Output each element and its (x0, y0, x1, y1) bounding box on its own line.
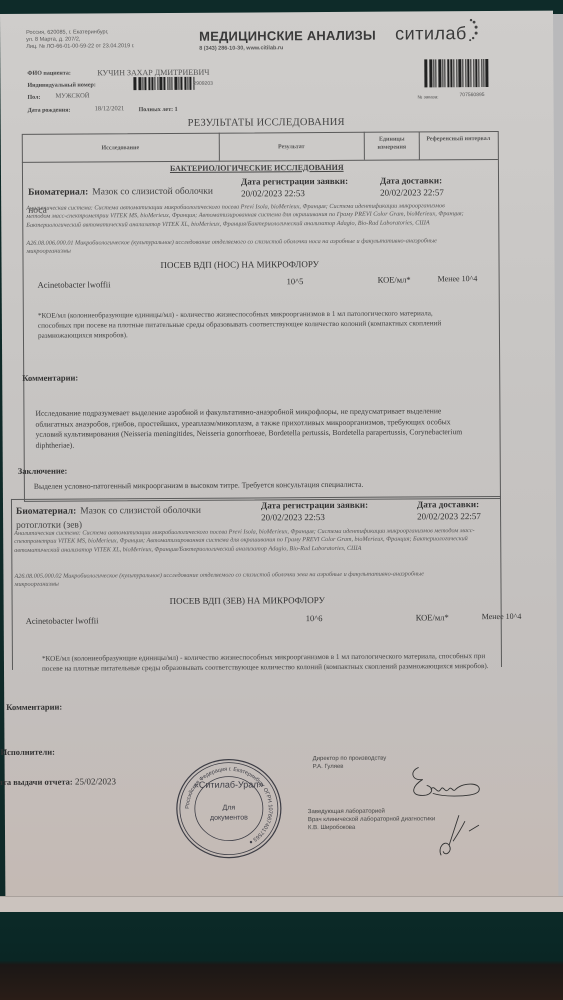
head-position: Врач клинической лабораторной диагностик… (308, 815, 435, 824)
results-title: РЕЗУЛЬТАТЫ ИССЛЕДОВАНИЯ (188, 117, 345, 129)
registration-date: 20/02/2023 22:53 (261, 512, 325, 522)
svg-text:Для: Для (223, 805, 236, 812)
test-title-throat: ПОСЕВ ВДП (ЗЕВ) НА МИКРОФЛОРУ (170, 595, 325, 606)
cfu-footnote: *КОЕ/мл (колониеобразующие единицы/мл) -… (42, 651, 492, 674)
head-signature-icon (435, 811, 485, 861)
col-divider (364, 132, 365, 160)
issue-date-label: Дата выдачи отчета: (0, 777, 73, 787)
comments-label: Комментарии: (22, 373, 78, 383)
comments-text: Исследование подразумевает выделение аэр… (35, 406, 475, 451)
organism-name: Acinetobacter lwoffii (26, 615, 99, 625)
issue-date: Дата выдачи отчета: 25/02/2023 (0, 776, 116, 787)
result-value: 10^6 (306, 613, 323, 623)
delivery-date-label: Дата доставки: (417, 499, 479, 509)
conclusion-text: Выделен условно-патогенный микроорганизм… (34, 480, 364, 493)
patient-name-label: ФИО пациента: (27, 71, 71, 77)
delivery-date: 20/02/2023 22:57 (380, 187, 444, 197)
organism-name: Acinetobacter lwoffii (38, 279, 111, 289)
head-signature-block: Заведующая лабораторией Врач клинической… (308, 807, 435, 832)
lab-contacts: 8 (343) 286-10-30, www.citilab.ru (199, 45, 283, 53)
col-header-units: Единицы измерения (370, 135, 414, 151)
col-header-result: Результат (219, 143, 364, 152)
biomaterial-label: Биоматериал: (28, 187, 88, 197)
category-title: БАКТЕРИОЛОГИЧЕСКИЕ ИССЛЕДОВАНИЯ (170, 163, 344, 173)
registration-date-label: Дата регистрации заявки: (241, 176, 348, 187)
comments-label: Комментарии: (6, 702, 62, 712)
sex-label: Пол: (27, 95, 40, 101)
brand-name: ситилаб (395, 23, 467, 43)
age-label: Полных лет: 1 (139, 107, 178, 113)
patient-id-barcode (133, 77, 195, 90)
director-signature-block: Директор по производству Р.А. Гуляев (313, 755, 387, 771)
patient-id-label: Индивидуальный номер: (27, 82, 95, 88)
result-units: КОЕ/мл* (378, 274, 411, 284)
patient-age: 1 (175, 107, 178, 113)
director-title: Директор по производству (313, 755, 387, 763)
lab-stamp-icon: Российская Федерация г. Екатеринбург ОГР… (175, 757, 284, 860)
biomaterial-label: Биоматериал: (16, 507, 76, 517)
result-value: 10^5 (287, 276, 304, 286)
brand-logo: ситилаб (395, 23, 467, 44)
director-signature-icon (405, 763, 485, 803)
col-divider (419, 131, 420, 159)
col-header-reference: Референсный интервал (421, 135, 496, 143)
analytical-system-note: Аналитическая система: Система автоматиз… (26, 202, 466, 230)
patient-sex: МУЖСКОЙ (55, 92, 89, 99)
performers-label: Исполнители: (0, 747, 54, 757)
analytical-system-note: Аналитическая система: Система автоматиз… (14, 527, 484, 555)
service-code-note: A26.08.005.000.02 Микробиологическое (ку… (14, 570, 464, 590)
registration-date: 20/02/2023 22:53 (241, 188, 305, 198)
patient-id-number: 2909203 (193, 81, 213, 88)
issue-date-value: 25/02/2023 (75, 776, 116, 786)
delivery-date: 20/02/2023 22:57 (417, 511, 481, 521)
document-title: МЕДИЦИНСКИЕ АНАЛИЗЫ (199, 28, 376, 44)
svg-text:документов: документов (210, 814, 248, 821)
lab-address: Россия, 620085, г. Екатеринбург, ул. 8 М… (26, 29, 135, 51)
order-number: 707560895 (459, 92, 484, 99)
registration-date-label: Дата регистрации заявки: (261, 500, 368, 511)
age-label-text: Полных лет: (139, 107, 174, 113)
order-number-label: № заказа: (417, 93, 438, 100)
reference-interval: Менее 10^4 (482, 612, 522, 621)
patient-dob: 18/12/2021 (95, 105, 125, 112)
license-line: Лиц. № ЛО-66-01-00-59-22 от 23.04.2019 г… (26, 43, 134, 51)
biomaterial-2: Биоматериал: Мазок со слизистой оболочки… (16, 503, 226, 532)
test-title-nose: ПОСЕВ ВДП (НОС) НА МИКРОФЛОРУ (161, 259, 319, 270)
background-bottom (0, 912, 563, 1000)
delivery-date-label: Дата доставки: (380, 175, 442, 185)
director-name: Р.А. Гуляев (313, 763, 387, 771)
conclusion-label: Заключение: (18, 466, 68, 476)
order-barcode (424, 59, 490, 87)
logo-dots-icon (467, 17, 479, 43)
col-header-study: Исследование (22, 144, 219, 153)
svg-text:«Ситилаб-Урал»: «Ситилаб-Урал» (194, 779, 264, 789)
cfu-footnote: *КОЕ/мл (колониеобразующие единицы/мл) -… (38, 308, 468, 341)
result-units: КОЕ/мл* (416, 612, 449, 622)
reference-interval: Менее 10^4 (438, 274, 478, 283)
paper-bottom-edge (0, 896, 563, 913)
service-code-note: A26.08.006.000.01 Микробиологическое (ку… (26, 237, 446, 256)
lab-report-page: Россия, 620085, г. Екатеринбург, ул. 8 М… (0, 11, 558, 914)
dob-label: Дата рождения: (28, 108, 71, 114)
head-name: К.В. Широбокова (308, 823, 435, 832)
